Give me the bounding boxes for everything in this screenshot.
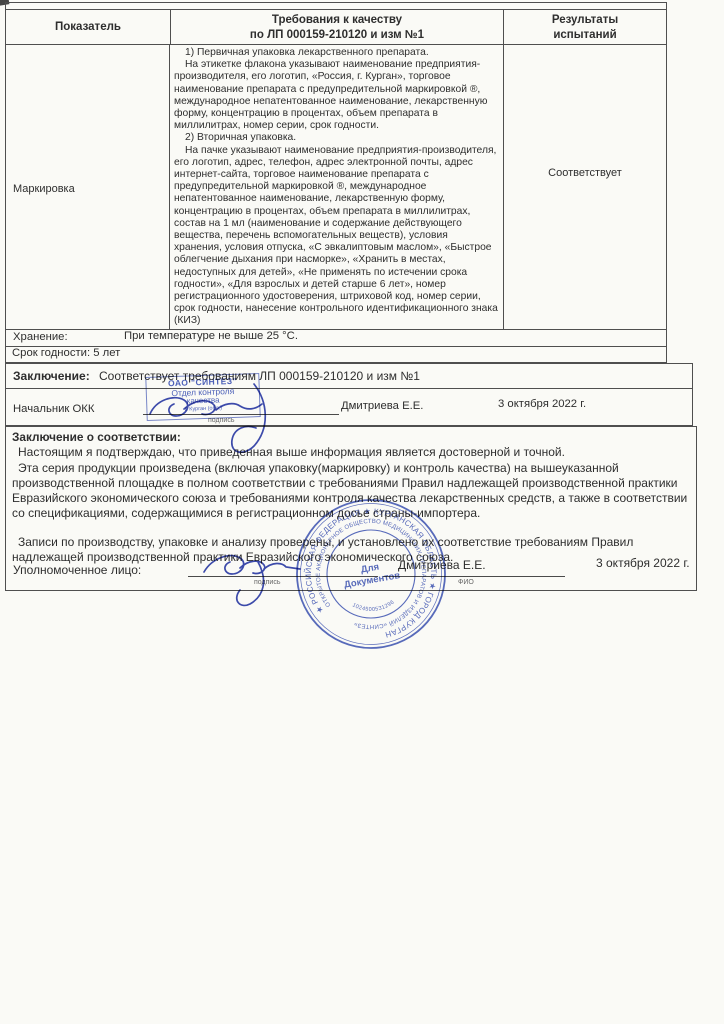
authorized-signature-ink [196,538,316,610]
storage-value: При температуре не выше 25 °С. [124,330,298,342]
compliance-paragraph-1: Настоящим я подтверждаю, что приведенная… [12,445,690,460]
marking-paragraph-4: На пачке указывают наименование предприя… [174,145,498,328]
conclusion-label: Заключение: [13,369,90,383]
table-header-row: Показатель Требования к качеству по ЛП 0… [6,10,666,45]
results-header-line2: испытаний [553,29,616,41]
col-header-indicator-label: Показатель [55,21,121,33]
qc-head-signature-ink [136,376,306,464]
col-header-results: Результаты испытаний [504,10,666,44]
conclusion-box: Заключение: Соответствует требованиям ЛП… [5,363,693,426]
marking-indicator-cell: Маркировка [6,45,170,329]
shelf-life-row: Срок годности: 5 лет [6,347,666,362]
shelf-life-text: Срок годности: 5 лет [12,347,120,359]
results-header-line1: Результаты [552,14,618,26]
table-top-sliver [6,3,666,10]
storage-label: Хранение: [13,331,68,343]
authorized-name-caption: ФИО [458,579,474,586]
marking-paragraph-1: 1) Первичная упаковка лекарственного пре… [174,47,498,59]
marking-paragraph-2: На этикетке флакона указывают наименован… [174,59,498,132]
marking-row: Маркировка 1) Первичная упаковка лекарст… [6,45,666,330]
marking-paragraph-3: 2) Вторичная упаковка. [174,132,498,144]
col-header-requirements: Требования к качеству по ЛП 000159-21012… [171,10,504,44]
authorized-person-title: Уполномоченное лицо: [13,563,141,577]
marking-result-cell: Соответствует [504,45,666,329]
authorized-date: 3 октября 2022 г. [596,556,690,570]
requirements-header-line2: по ЛП 000159-210120 и изм №1 [250,29,424,41]
marking-result-value: Соответствует [548,167,622,179]
qc-head-name: Дмитриева Е.Е. [341,400,423,412]
compliance-title: Заключение о соответствии: [12,430,690,444]
marking-indicator-label: Маркировка [13,183,75,195]
storage-row: Хранение: При температуре не выше 25 °С. [6,330,666,347]
qc-head-row: Начальник ОКК ОАО "СИНТЕЗ" Отдел контрол… [6,389,692,425]
conclusion-row: Заключение: Соответствует требованиям ЛП… [6,364,692,389]
marking-requirements-cell: 1) Первичная упаковка лекарственного пре… [170,45,504,329]
requirements-header-line1: Требования к качеству [272,14,402,26]
col-header-indicator: Показатель [6,10,171,44]
qc-head-title: Начальник ОКК [13,403,94,415]
quality-table: Показатель Требования к качеству по ЛП 0… [5,2,667,363]
qc-head-date: 3 октября 2022 г. [498,398,586,410]
scanned-document-page: Показатель Требования к качеству по ЛП 0… [0,0,724,1024]
